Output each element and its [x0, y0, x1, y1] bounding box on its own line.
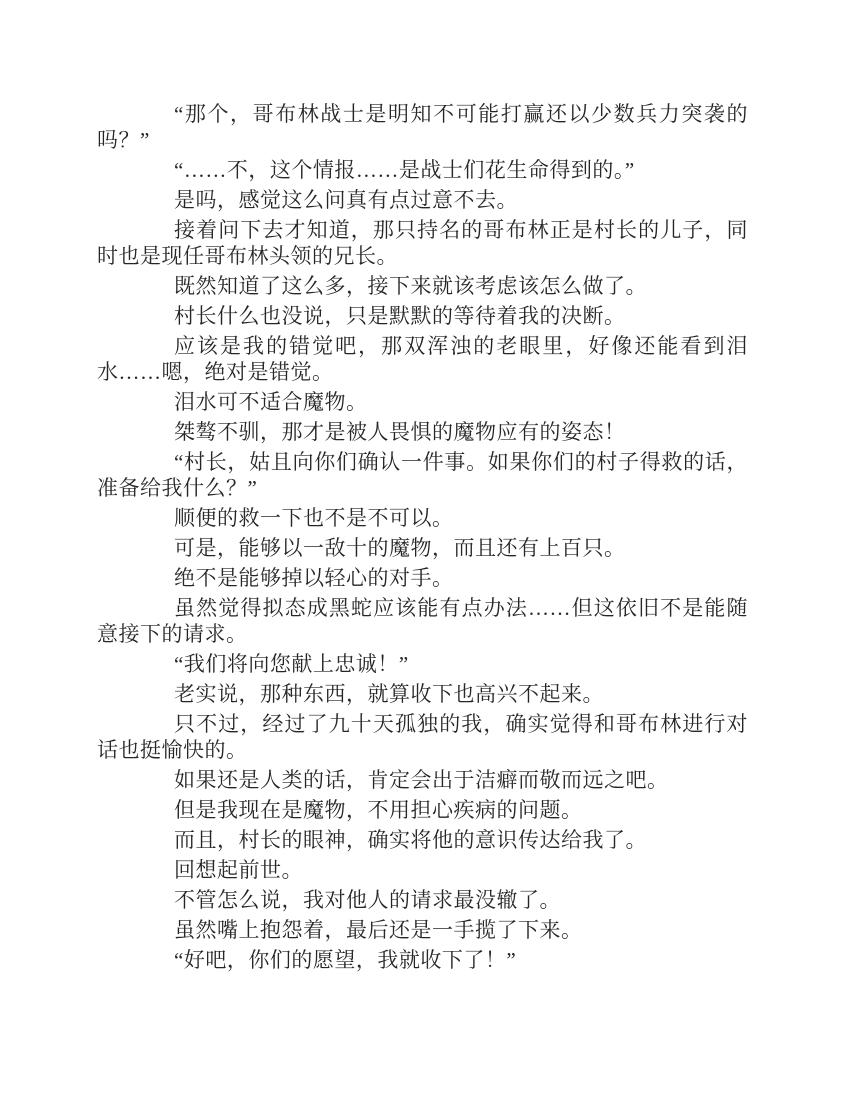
document-body-text: “那个，哥布林战士是明知不可能打赢还以少数兵力突袭的吗？” “……不，这个情报…… — [0, 0, 850, 973]
paragraph: 如果还是人类的话，肯定会出于洁癖而敬而远之吧。 — [97, 767, 748, 793]
paragraph: 可是，能够以一敌十的魔物，而且还有上百只。 — [97, 535, 748, 561]
paragraph: 接着问下去才知道，那只持名的哥布林正是村长的儿子，同时也是现任哥布林头领的兄长。 — [97, 217, 748, 269]
paragraph: 只不过，经过了九十天孤独的我，确实觉得和哥布林进行对话也挺愉快的。 — [97, 711, 748, 763]
paragraph: 顺便的救一下也不是不可以。 — [97, 505, 748, 531]
paragraph: 不管怎么说，我对他人的请求最没辙了。 — [97, 887, 748, 913]
paragraph: 应该是我的错觉吧，那双浑浊的老眼里，好像还能看到泪水……嗯，绝对是错觉。 — [97, 333, 748, 385]
document-page: “那个，哥布林战士是明知不可能打赢还以少数兵力突袭的吗？” “……不，这个情报…… — [0, 0, 850, 1100]
paragraph: 绝不是能够掉以轻心的对手。 — [97, 565, 748, 591]
paragraph: “我们将向您献上忠诚！” — [97, 651, 748, 677]
paragraph: 是吗，感觉这么问真有点过意不去。 — [97, 187, 748, 213]
paragraph: 虽然嘴上抱怨着，最后还是一手揽了下来。 — [97, 917, 748, 943]
paragraph: 老实说，那种东西，就算收下也高兴不起来。 — [97, 681, 748, 707]
paragraph: 既然知道了这么多，接下来就该考虑该怎么做了。 — [97, 273, 748, 299]
paragraph: 但是我现在是魔物，不用担心疾病的问题。 — [97, 797, 748, 823]
paragraph: 村长什么也没说，只是默默的等待着我的决断。 — [97, 303, 748, 329]
paragraph: “好吧，你们的愿望，我就收下了！” — [97, 947, 748, 973]
paragraph: “……不，这个情报……是战士们花生命得到的。” — [97, 157, 748, 183]
paragraph: 桀骜不驯，那才是被人畏惧的魔物应有的姿态！ — [97, 419, 748, 445]
paragraph: 回想起前世。 — [97, 857, 748, 883]
paragraph: “村长，姑且向你们确认一件事。如果你们的村子得救的话，准备给我什么？” — [97, 449, 748, 501]
paragraph: “那个，哥布林战士是明知不可能打赢还以少数兵力突袭的吗？” — [97, 101, 748, 153]
paragraph: 而且，村长的眼神，确实将他的意识传达给我了。 — [97, 827, 748, 853]
paragraph: 泪水可不适合魔物。 — [97, 389, 748, 415]
paragraph: 虽然觉得拟态成黑蛇应该能有点办法……但这依旧不是能随意接下的请求。 — [97, 595, 748, 647]
